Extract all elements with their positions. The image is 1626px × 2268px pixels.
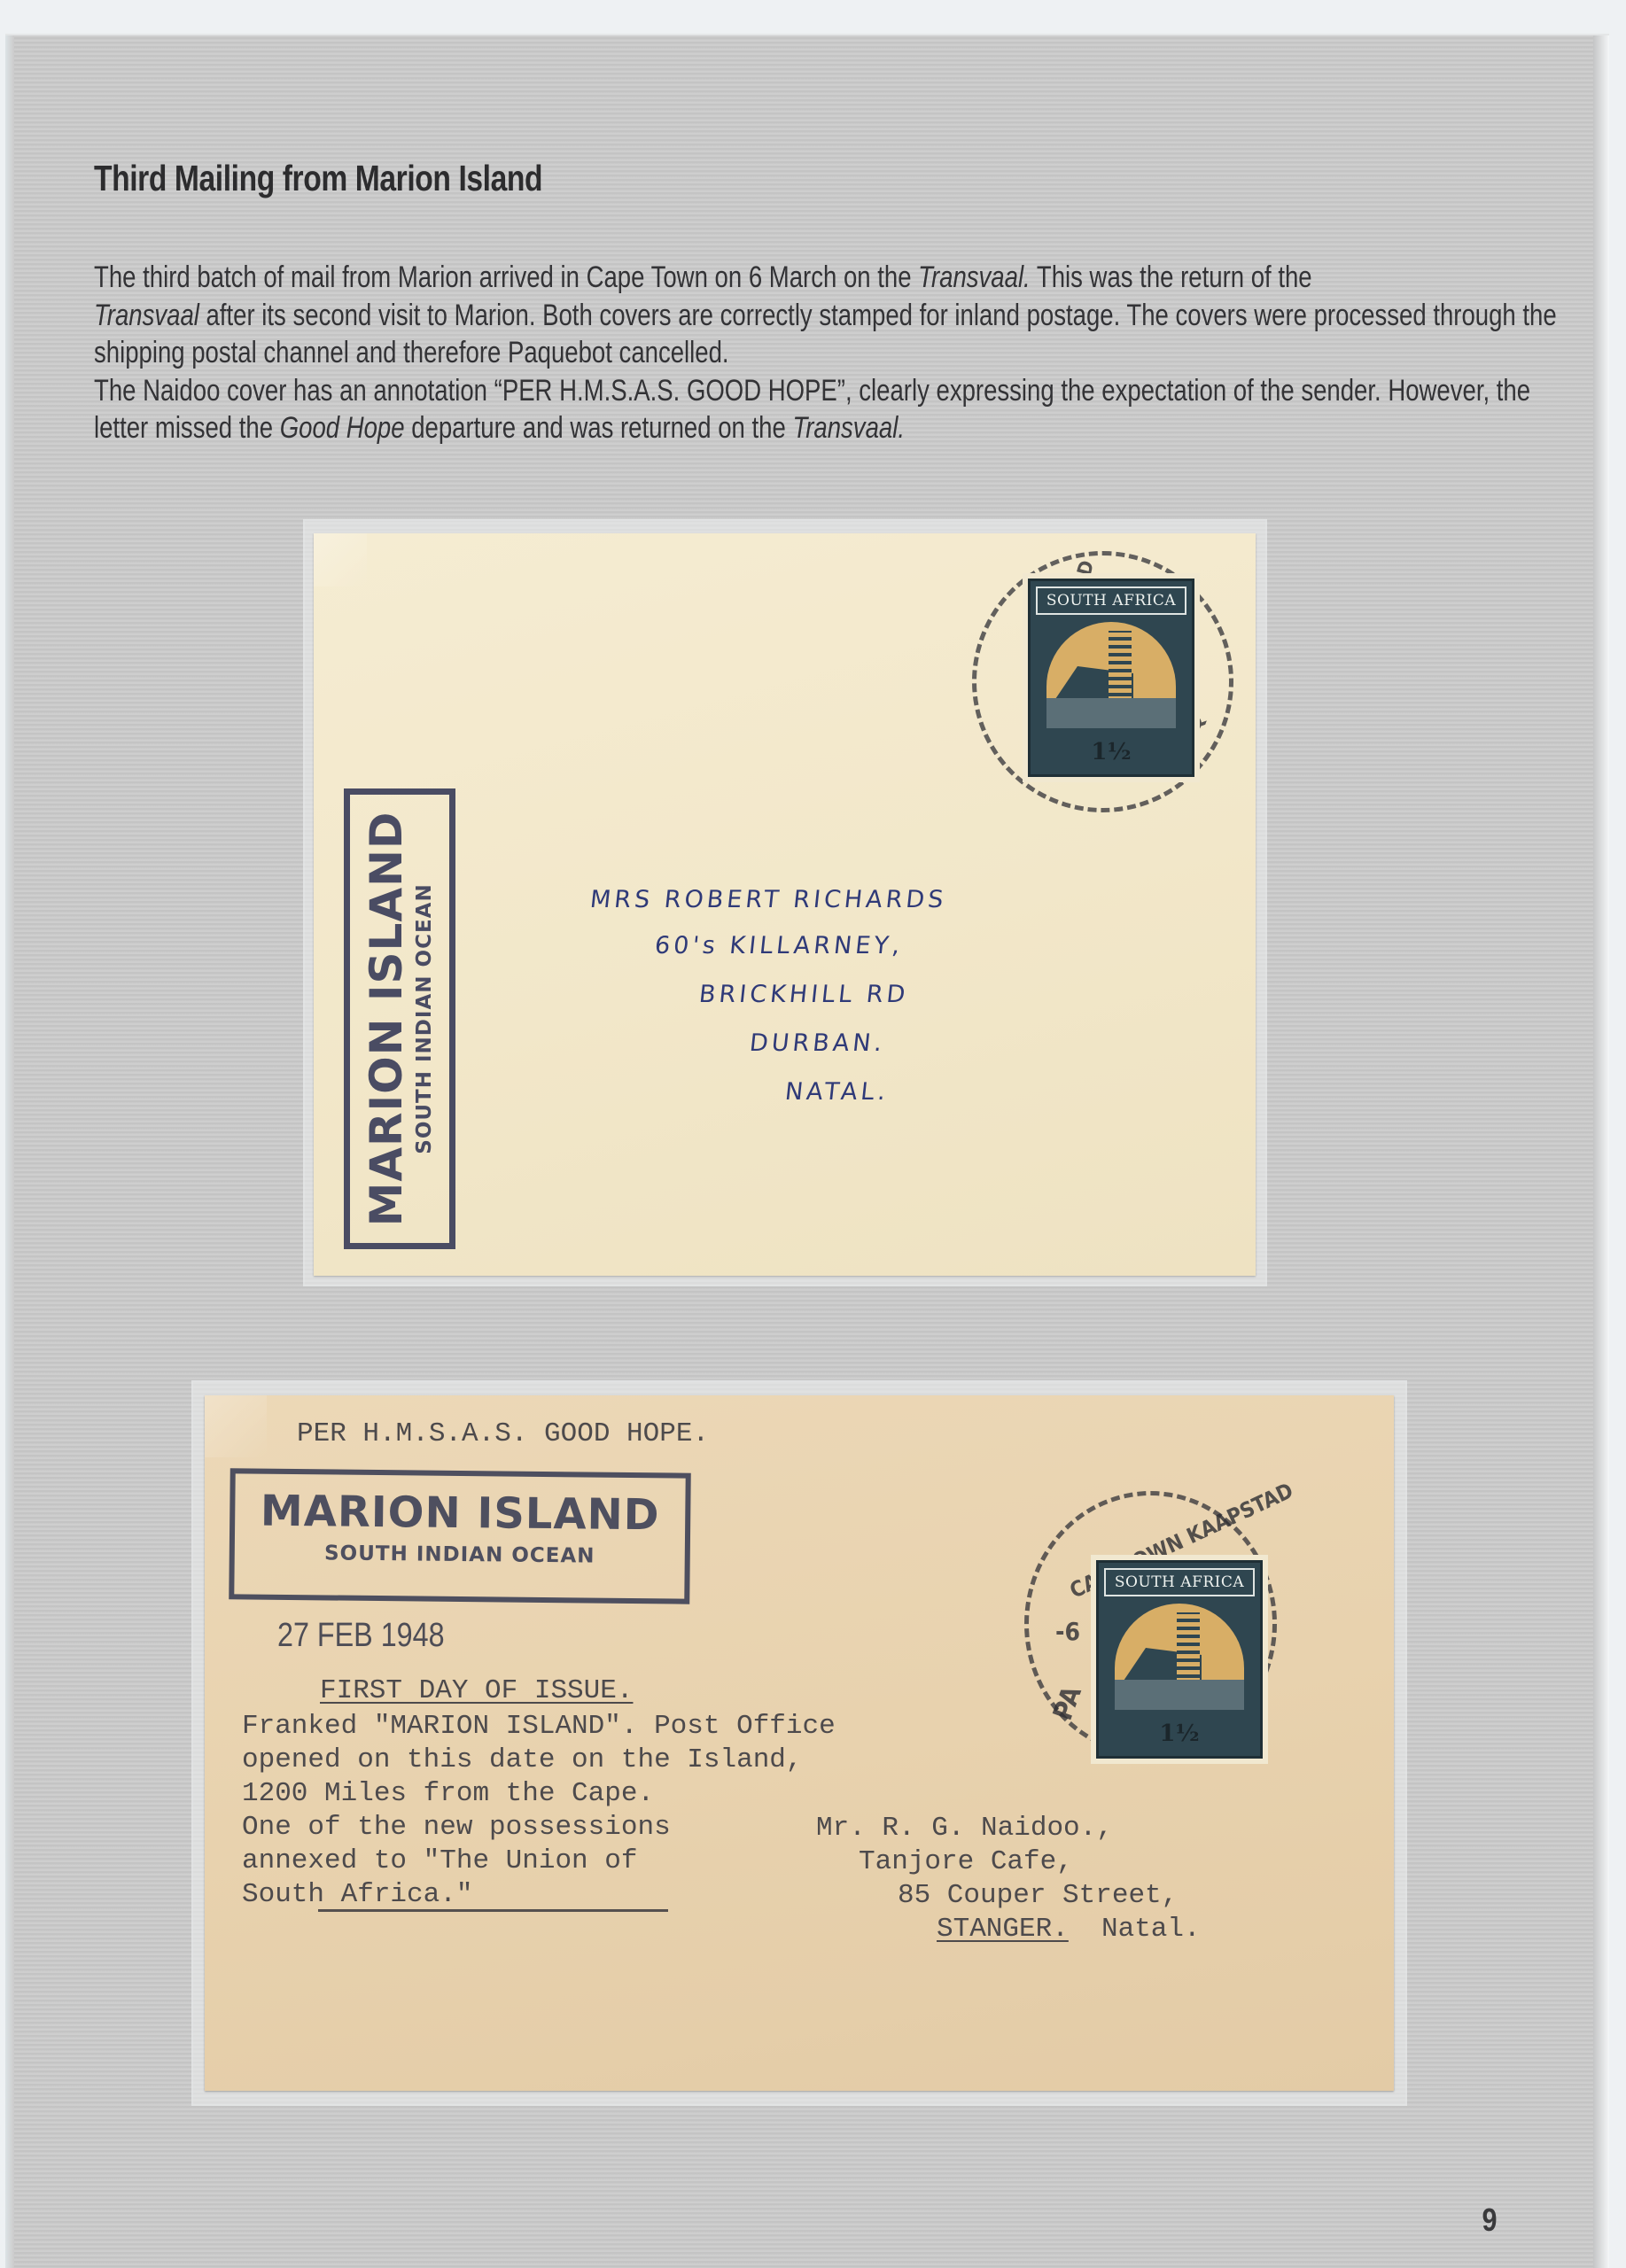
intro-paragraph-1: The third batch of mail from Marion arri…: [94, 259, 1573, 372]
stamp-value: 1½: [1099, 1720, 1260, 1747]
address-line: Mr. R. G. Naidoo.,: [816, 1812, 1113, 1845]
page-edge: [5, 35, 14, 2268]
stamp-country: SOUTH AFRICA: [1104, 1568, 1255, 1596]
marion-island-cachet: MARION ISLAND SOUTH INDIAN OCEAN: [344, 788, 455, 1249]
page-title: Third Mailing from Marion Island: [94, 158, 542, 199]
cover-naidoo: PER H.M.S.A.S. GOOD HOPE. MARION ISLAND …: [205, 1395, 1394, 2091]
postage-stamp: SOUTH AFRICA 1½: [1091, 1555, 1268, 1764]
typed-note-heading: FIRST DAY OF ISSUE.: [320, 1674, 633, 1708]
address-line: DURBAN.: [748, 1029, 886, 1057]
ship-name: Transvaal: [94, 299, 199, 332]
postage-stamp: SOUTH AFRICA 1½: [1023, 573, 1200, 782]
ship-name: Transvaal.: [792, 411, 905, 445]
address-line: MRS ROBERT RICHARDS: [588, 886, 948, 913]
postmark-date: -6: [1055, 1617, 1080, 1646]
typed-underline: [318, 1909, 668, 1912]
address-line: STANGER.: [937, 1913, 1069, 1946]
gold-mine-icon: [1115, 1604, 1244, 1710]
address-line: 60's KILLARNEY,: [653, 932, 905, 959]
ship-name: Transvaal.: [918, 260, 1031, 294]
page-number: 9: [1482, 2202, 1498, 2239]
intro-text: The third batch of mail from Marion arri…: [94, 259, 1573, 447]
typed-note-line: 1200 Miles from the Cape.: [242, 1777, 654, 1811]
intro-paragraph-2: The Naidoo cover has an annotation “PER …: [94, 372, 1573, 447]
cachet-date: 27 FEB 1948: [277, 1617, 445, 1655]
address-line: BRICKHILL RD: [697, 981, 910, 1008]
marion-island-cachet: MARION ISLAND SOUTH INDIAN OCEAN: [229, 1468, 691, 1604]
typed-note-line: annexed to "The Union of: [242, 1845, 637, 1878]
corner-fold: [314, 533, 367, 586]
address-line: Tanjore Cafe,: [859, 1845, 1073, 1879]
address-line: 85 Couper Street,: [898, 1879, 1178, 1913]
cover-richards: MARION ISLAND SOUTH INDIAN OCEAN ...NKAA…: [314, 533, 1256, 1276]
corner-fold: [205, 1395, 267, 1457]
gold-mine-icon: [1046, 622, 1176, 728]
stamp-value: 1½: [1031, 739, 1192, 765]
typed-note-line: One of the new possessions: [242, 1811, 671, 1845]
address-line: Natal.: [1101, 1913, 1201, 1946]
address-line: NATAL.: [783, 1078, 890, 1106]
typed-note-line: opened on this date on the Island,: [242, 1744, 803, 1777]
stamp-country: SOUTH AFRICA: [1036, 586, 1186, 615]
ship-name: Good Hope: [280, 411, 405, 445]
page-edge: [1593, 35, 1609, 2268]
typed-note-line: South Africa.": [242, 1878, 472, 1912]
album-page: Third Mailing from Marion Island The thi…: [5, 34, 1609, 2268]
typed-note-line: Franked "MARION ISLAND". Post Office: [242, 1710, 836, 1744]
ship-annotation: PER H.M.S.A.S. GOOD HOPE.: [297, 1417, 709, 1451]
